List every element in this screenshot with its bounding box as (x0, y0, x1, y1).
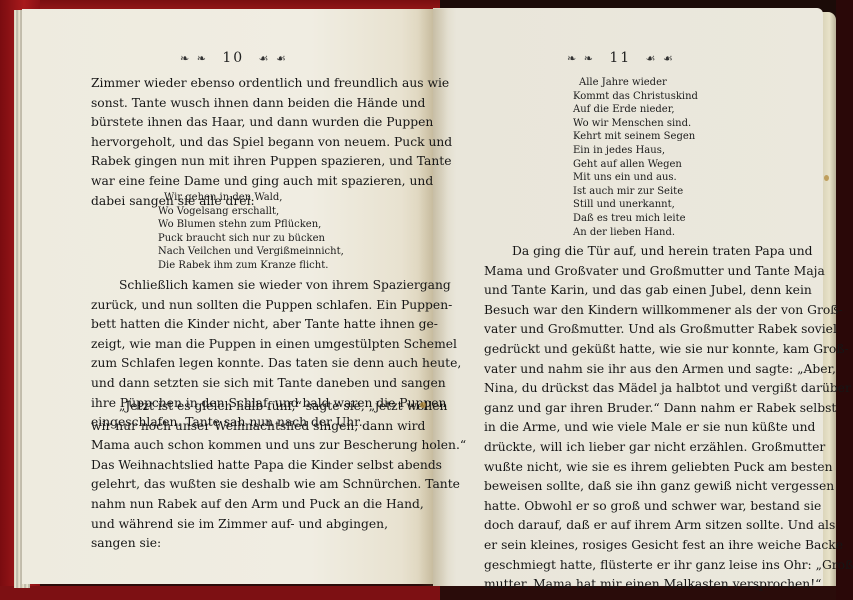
text-line: geschmiegt hatte, flüsterte er ihr ganz … (484, 556, 766, 576)
text-line: „Jetzt ist es gleich halb fünf,“ sagte s… (91, 397, 373, 417)
text-line: und dann setzten sie sich mit Tante dane… (91, 374, 373, 394)
text-line: nahm nun Rabek auf den Arm und Puck an d… (91, 495, 373, 515)
verse-line: Puck braucht sich nur zu bücken (158, 232, 344, 246)
text-line: wußte nicht, wie sie es ihrem geliebten … (484, 458, 766, 478)
text-line: doch darauf, daß er auf ihrem Arm sitzen… (484, 516, 766, 536)
paper-stain (824, 175, 829, 181)
verse-line: Ist auch mir zur Seite (573, 185, 698, 199)
text-line: wir nur noch unser Weihnachtslied singen… (91, 417, 373, 437)
text-line: zum Schlafen legen konnte. Das taten sie… (91, 354, 373, 374)
text-line: Zimmer wieder ebenso ordentlich und freu… (91, 74, 373, 94)
ornament-icon: ☙ ☙ (646, 52, 675, 65)
text-line: und während sie im Zimmer auf- und abgin… (91, 515, 373, 535)
text-line: war eine feine Dame und ging auch mit sp… (91, 172, 373, 192)
text-line: bürstete ihnen das Haar, und dann wurden… (91, 113, 373, 133)
book-cover-right (836, 0, 853, 600)
text-line: zeigt, wie man die Puppen in einen umges… (91, 335, 373, 355)
text-line: Da ging die Tür auf, und herein traten P… (484, 242, 766, 262)
right-page-header: ❧ ❧ 11 ☙ ☙ (567, 50, 675, 66)
text-line: beweisen sollte, daß sie ihn ganz gewiß … (484, 477, 766, 497)
right-paragraph-1: Da ging die Tür auf, und herein traten P… (484, 242, 766, 595)
book-cover-bottom (0, 586, 440, 600)
text-line: drückte, will ich lieber gar nicht erzäh… (484, 438, 766, 458)
verse-line: Kehrt mit seinem Segen (573, 130, 698, 144)
book-scan-background: ❧ ❧ 10 ☙ ☙ Zimmer wieder ebenso ordentli… (0, 0, 853, 600)
text-line: und Tante Karin, und das gab einen Jubel… (484, 281, 766, 301)
text-line: gedrückt und geküßt hatte, wie sie nur k… (484, 340, 766, 360)
text-line: mutter, Mama hat mir einen Malkasten ver… (484, 575, 766, 595)
verse-line: Geht auf allen Wegen (573, 158, 698, 172)
text-line: sonst. Tante wusch ihnen dann beiden die… (91, 94, 373, 114)
left-page-header: ❧ ❧ 10 ☙ ☙ (180, 50, 288, 66)
left-verse: Wir gehen in den Wald, Wo Vogelsang ersc… (158, 191, 344, 273)
verse-line: Auf die Erde nieder, (573, 103, 698, 117)
text-line: sangen sie: (91, 534, 373, 554)
text-line: bett hatten die Kinder nicht, aber Tante… (91, 315, 373, 335)
text-line: er sein kleines, rosiges Gesicht fest an… (484, 536, 766, 556)
verse-line: Ein in jedes Haus, (573, 144, 698, 158)
verse-line: Die Rabek ihm zum Kranze flicht. (158, 259, 344, 273)
left-paragraph-3: „Jetzt ist es gleich halb fünf,“ sagte s… (91, 397, 373, 554)
text-line: zurück, und nun sollten die Puppen schla… (91, 296, 373, 316)
text-line: gelehrt, das wußten sie deshalb wie am S… (91, 475, 373, 495)
verse-line: Wo Blumen stehn zum Pflücken, (158, 218, 344, 232)
verse-line: Wir gehen in den Wald, (158, 191, 344, 205)
verse-line: Wo wir Menschen sind. (573, 117, 698, 131)
ornament-icon: ❧ ❧ (567, 52, 595, 65)
text-line: Nina, du drückst das Mädel ja halbtot un… (484, 379, 766, 399)
text-line: hervorgeholt, und das Spiel begann von n… (91, 133, 373, 153)
ornament-icon: ☙ ☙ (259, 52, 288, 65)
verse-line: Wo Vogelsang erschallt, (158, 205, 344, 219)
verse-line: Nach Veilchen und Vergißmeinnicht, (158, 245, 344, 259)
text-line: vater und nahm sie ihr aus den Armen und… (484, 360, 766, 380)
text-line: in die Arme, und wie viele Male er sie n… (484, 418, 766, 438)
text-line: vater und Großmutter. Und als Großmutter… (484, 320, 766, 340)
text-line: Besuch war den Kindern willkommener als … (484, 301, 766, 321)
text-line: Mama auch schon kommen und uns zur Besch… (91, 436, 373, 456)
text-line: Schließlich kamen sie wieder von ihrem S… (91, 276, 373, 296)
verse-line: Mit uns ein und aus. (573, 171, 698, 185)
text-line: Das Weihnachtslied hatte Papa die Kinder… (91, 456, 373, 476)
verse-line: An der lieben Hand. (573, 226, 698, 240)
ornament-icon: ❧ ❧ (180, 52, 208, 65)
text-line: Rabek gingen nun mit ihren Puppen spazie… (91, 152, 373, 172)
text-line: hatte. Obwohl er so groß und schwer war,… (484, 497, 766, 517)
verse-line: Daß es treu mich leite (573, 212, 698, 226)
verse-line: Kommt das Christuskind (573, 90, 698, 104)
verse-line: Alle Jahre wieder (573, 76, 698, 90)
verse-line: Still und unerkannt, (573, 198, 698, 212)
text-line: ganz und gar ihren Bruder.“ Dann nahm er… (484, 399, 766, 419)
text-line: Mama und Großvater und Großmutter und Ta… (484, 262, 766, 282)
right-verse: Alle Jahre wieder Kommt das Christuskind… (573, 76, 698, 239)
page-number: 10 (222, 50, 244, 66)
paper-stain (420, 402, 426, 408)
page-number: 11 (609, 50, 631, 66)
